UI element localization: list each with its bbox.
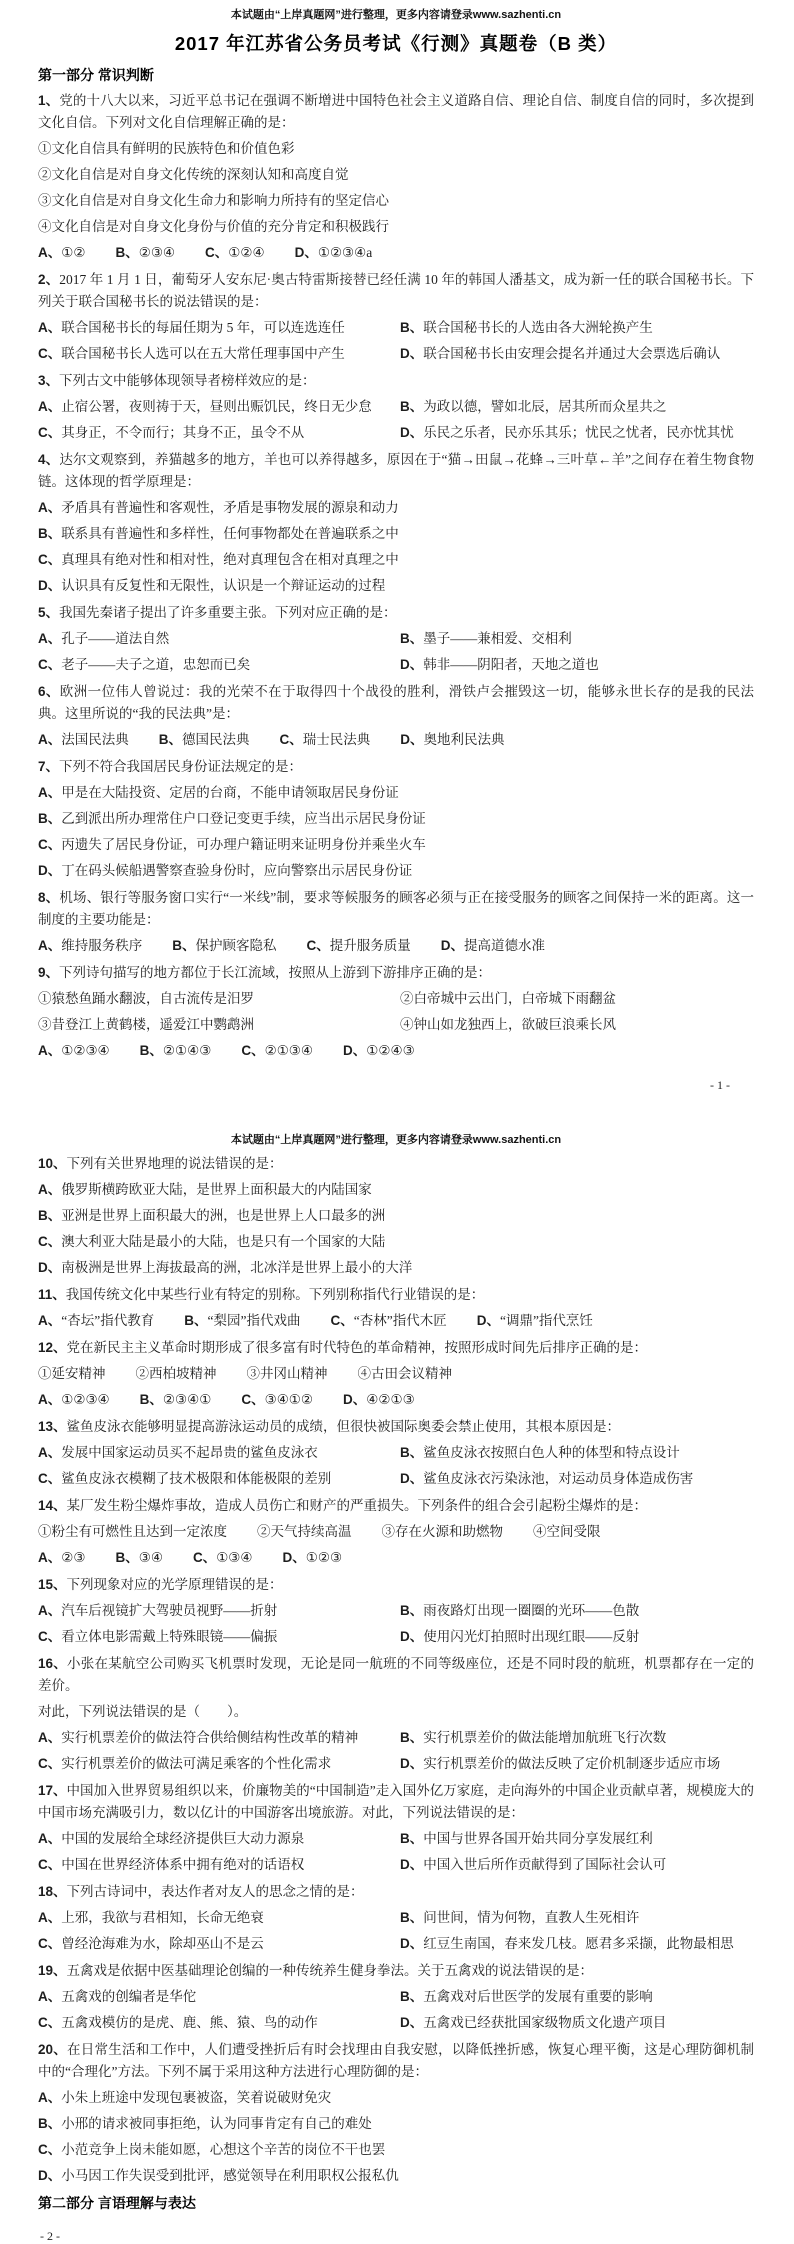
option-cell: C、看立体电影需戴上特殊眼镜——偏振 [38,1626,392,1648]
option-letter: A、 [38,1730,61,1745]
question-number: 9、 [38,965,59,980]
option-cell: C、①②④ [205,242,265,264]
option-row: A、俄罗斯横跨欧亚大陆，是世界上面积最大的内陆国家 [38,1179,754,1201]
option-row: D、小马因工作失误受到批评，感觉领导在利用职权公报私仇 [38,2165,754,2187]
question-number: 17、 [38,1783,67,1798]
option-cell: D、联合国秘书长由安理会提名并通过大会票选后确认 [400,343,754,365]
question-number: 20、 [38,2042,67,2057]
question-stem: 9、下列诗句描写的地方都位于长江流域，按照从上游到下游排序正确的是： [38,962,754,984]
question-stem: 20、在日常生活和工作中，人们遭受挫折后有时会找理由自我安慰，以降低挫折感，恢复… [38,2039,754,2083]
question: 8、机场、银行等服务窗口实行“一米线”制，要求等候服务的顾客必须与正在接受服务的… [38,887,754,957]
option-letter: A、 [38,1603,61,1618]
option-cell: D、奥地利民法典 [400,729,504,751]
question: 17、中国加入世界贸易组织以来，价廉物美的“中国制造”走入国外亿万家庭，走向海外… [38,1780,754,1876]
option-cell: C、真理具有绝对性和相对性，绝对真理包含在相对真理之中 [38,549,754,571]
option-letter: B、 [400,1603,423,1618]
option-cell: D、实行机票差价的做法反映了定价机制逐步适应市场 [400,1753,754,1775]
option-cell: D、乐民之乐者，民亦乐其乐；忧民之忧者，民亦忧其忧 [400,422,754,444]
option-letter: A、 [38,785,61,800]
item-cell: ④钟山如龙独西上，欲破巨浪乘长风 [400,1014,754,1036]
option-cell: A、法国民法典 [38,729,129,751]
option-row: A、上邪，我欲与君相知，长命无绝衰B、问世间，情为何物，直教人生死相许 [38,1907,754,1929]
option-letter: A、 [38,631,61,646]
questions-page-2: 10、下列有关世界地理的说法错误的是：A、俄罗斯横跨欧亚大陆，是世界上面积最大的… [38,1153,754,2187]
option-row: A、止宿公署，夜则祷于天，昼则出赈饥民，终日无少怠B、为政以德，譬如北辰，居其所… [38,396,754,418]
question-number: 1、 [38,93,59,108]
option-letter: B、 [38,526,61,541]
option-cell: B、问世间，情为何物，直教人生死相许 [400,1907,754,1929]
option-letter: A、 [38,320,61,335]
question-stem-text: 下列古文中能够体现领导者榜样效应的是： [59,373,316,388]
option-cell: D、小马因工作失误受到批评，感觉领导在利用职权公报私仇 [38,2165,754,2187]
item-cell: ①延安精神 [38,1363,106,1385]
question: 16、小张在某航空公司购买飞机票时发现，无论是同一航班的不同等级座位，还是不同时… [38,1653,754,1775]
item-cell: ①粉尘有可燃性且达到一定浓度 [38,1521,227,1543]
option-letter: A、 [38,399,61,414]
option-letter: B、 [400,631,423,646]
exam-title: 2017 年江苏省公务员考试《行测》真题卷（B 类） [38,30,754,56]
item-cell: ③存在火源和助燃物 [382,1521,504,1543]
question: 12、党在新民主主义革命时期形成了很多富有时代特色的革命精神，按照形成时间先后排… [38,1337,754,1411]
option-letter: A、 [38,1989,61,2004]
option-letter: C、 [38,1234,61,1249]
question: 14、某厂发生粉尘爆炸事故，造成人员伤亡和财产的严重损失。下列条件的组合会引起粉… [38,1495,754,1569]
option-letter: B、 [400,1910,423,1925]
option-cell: D、提高道德水准 [441,935,545,957]
option-letter: C、 [38,2142,61,2157]
question-number: 4、 [38,452,59,467]
option-cell: A、实行机票差价的做法符合供给侧结构性改革的精神 [38,1727,392,1749]
question-stem: 13、鲨鱼皮泳衣能够明显提高游泳运动员的成绩，但很快被国际奥委会禁止使用，其根本… [38,1416,754,1438]
option-row: B、乙到派出所办理常住户口登记变更手续，应当出示居民身份证 [38,808,754,830]
option-letter: C、 [193,1550,216,1565]
question-stem: 16、小张在某航空公司购买飞机票时发现，无论是同一航班的不同等级座位，还是不同时… [38,1653,754,1697]
option-row: A、汽车后视镜扩大驾驶员视野——折射B、雨夜路灯出现一圈圈的光环——色散 [38,1600,754,1622]
option-letter: D、 [400,1471,423,1486]
item-cell: ②白帝城中云出门，白帝城下雨翻盆 [400,988,754,1010]
question-stem-text: 小张在某航空公司购买飞机票时发现，无论是同一航班的不同等级座位，还是不同时段的航… [38,1656,754,1693]
item-cell: ②天气持续高温 [257,1521,352,1543]
option-letter: A、 [38,732,61,747]
option-cell: D、①②④③ [343,1040,415,1062]
option-letter: D、 [400,1857,423,1872]
option-cell: B、联系具有普遍性和多样性，任何事物都处在普遍联系之中 [38,523,754,545]
option-cell: B、“梨园”指代戏曲 [184,1310,300,1332]
option-row: C、真理具有绝对性和相对性，绝对真理包含在相对真理之中 [38,549,754,571]
item-cell: ③井冈山精神 [247,1363,328,1385]
items-row: ①延安精神②西柏坡精神③井冈山精神④古田会议精神 [38,1363,754,1385]
option-cell: A、维持服务秩序 [38,935,142,957]
option-cell: C、老子——夫子之道，忠恕而已矣 [38,654,392,676]
items-row: ①粉尘有可燃性且达到一定浓度②天气持续高温③存在火源和助燃物④空间受限 [38,1521,754,1543]
question-number: 8、 [38,890,59,905]
question-stem: 18、下列古诗词中，表达作者对友人的思念之情的是： [38,1881,754,1903]
item-cell: ④空间受限 [533,1521,601,1543]
question-stem: 7、下列不符合我国居民身份证法规定的是： [38,756,754,778]
option-letter: B、 [172,938,195,953]
option-letter: C、 [330,1313,353,1328]
option-letter: D、 [400,1756,423,1771]
option-letter: B、 [400,1989,423,2004]
option-cell: A、发展中国家运动员买不起昂贵的鲨鱼皮泳衣 [38,1442,392,1464]
option-letter: D、 [400,1936,423,1951]
option-letter: C、 [38,1471,61,1486]
option-cell: C、鲨鱼皮泳衣模糊了技术极限和体能极限的差别 [38,1468,392,1490]
question-number: 11、 [38,1287,66,1302]
option-letter: B、 [184,1313,207,1328]
option-letter: C、 [38,346,61,361]
option-letter: D、 [295,245,318,260]
option-letter: B、 [400,320,423,335]
option-cell: B、实行机票差价的做法能增加航班飞行次数 [400,1727,754,1749]
option-cell: A、五禽戏的创编者是华佗 [38,1986,392,2008]
source-notice: 本试题由“上岸真题网”进行整理，更多内容请登录www.sazhenti.cn [38,8,754,23]
option-letter: A、 [38,1043,61,1058]
option-cell: C、丙遗失了居民身份证，可办理户籍证明来证明身份并乘坐火车 [38,834,754,856]
question-stem-text: 我国传统文化中某些行业有特定的别称。下列别称指代行业错误的是： [66,1287,485,1302]
option-letter: C、 [38,657,61,672]
option-row: C、中国在世界经济体系中拥有绝对的话语权D、中国入世后所作贡献得到了国际社会认可 [38,1854,754,1876]
option-letter: C、 [38,552,61,567]
option-cell: D、“调鼎”指代烹饪 [477,1310,593,1332]
question-stem-text: 某厂发生粉尘爆炸事故，造成人员伤亡和财产的严重损失。下列条件的组合会引起粉尘爆炸… [67,1498,648,1513]
option-row: D、南极洲是世界上海拔最高的洲，北冰洋是世界上最小的大洋 [38,1257,754,1279]
question-stem: 5、我国先秦诸子提出了许多重要主张。下列对应正确的是： [38,602,754,624]
question: 15、下列现象对应的光学原理错误的是：A、汽车后视镜扩大驾驶员视野——折射B、雨… [38,1574,754,1648]
option-cell: C、曾经沧海难为水，除却巫山不是云 [38,1933,392,1955]
option-row: A、联合国秘书长的每届任期为 5 年，可以连选连任B、联合国秘书长的人选由各大洲… [38,317,754,339]
question-stem-text: 下列不符合我国居民身份证法规定的是： [59,759,302,774]
option-cell: B、乙到派出所办理常住户口登记变更手续，应当出示居民身份证 [38,808,754,830]
question-number: 10、 [38,1156,67,1171]
exam-document: 本试题由“上岸真题网”进行整理，更多内容请登录www.sazhenti.cn 2… [0,0,794,2244]
option-row: A、中国的发展给全球经济提供巨大动力源泉B、中国与世界各国开始共同分享发展红利 [38,1828,754,1850]
option-row: D、认识具有反复性和无限性，认识是一个辩证运动的过程 [38,575,754,597]
option-letter: D、 [441,938,464,953]
option-cell: A、中国的发展给全球经济提供巨大动力源泉 [38,1828,392,1850]
items-row: ④文化自信是对自身文化身份与价值的充分肯定和积极践行 [38,216,754,238]
option-letter: C、 [241,1043,264,1058]
question-number: 6、 [38,684,60,699]
items-row: ③昔登江上黄鹤楼，遥爱江中鹦鹉洲④钟山如龙独西上，欲破巨浪乘长风 [38,1014,754,1036]
item-cell: ③昔登江上黄鹤楼，遥爱江中鹦鹉洲 [38,1014,392,1036]
option-row: A、矛盾具有普遍性和客观性，矛盾是事物发展的源泉和动力 [38,497,754,519]
option-row: A、小朱上班途中发现包裹被盗，笑着说破财免灾 [38,2087,754,2109]
option-row: C、鲨鱼皮泳衣模糊了技术极限和体能极限的差别D、鲨鱼皮泳衣污染泳池，对运动员身体… [38,1468,754,1490]
option-cell: D、红豆生南国，春来发几枝。愿君多采撷，此物最相思 [400,1933,754,1955]
question-number: 2、 [38,272,59,287]
question-stem-text: 中国加入世界贸易组织以来，价廉物美的“中国制造”走入国外亿万家庭，走向海外的中国… [38,1783,754,1820]
question: 11、我国传统文化中某些行业有特定的别称。下列别称指代行业错误的是：A、“杏坛”… [38,1284,754,1332]
question-stem: 2、2017 年 1 月 1 日，葡萄牙人安东尼·奥古特雷斯接替已经任满 10 … [38,269,754,313]
option-cell: B、小邢的请求被同事拒绝，认为同事肯定有自己的难处 [38,2113,754,2135]
option-letter: B、 [38,1208,61,1223]
option-letter: B、 [115,245,138,260]
question: 10、下列有关世界地理的说法错误的是：A、俄罗斯横跨欧亚大陆，是世界上面积最大的… [38,1153,754,1279]
question-number: 18、 [38,1884,67,1899]
option-letter: B、 [159,732,182,747]
option-cell: A、①②③④ [38,1040,110,1062]
option-row: A、发展中国家运动员买不起昂贵的鲨鱼皮泳衣B、鲨鱼皮泳衣按照白色人种的体型和特点… [38,1442,754,1464]
option-cell: 对此，下列说法错误的是（ ）。 [38,1701,754,1723]
option-letter: B、 [400,399,423,414]
option-cell: A、矛盾具有普遍性和客观性，矛盾是事物发展的源泉和动力 [38,497,754,519]
option-row: C、曾经沧海难为水，除却巫山不是云D、红豆生南国，春来发几枝。愿君多采撷，此物最… [38,1933,754,1955]
option-cell: A、①② [38,242,85,264]
question-stem-text: 2017 年 1 月 1 日，葡萄牙人安东尼·奥古特雷斯接替已经任满 10 年的… [38,272,754,309]
option-letter: D、 [38,2168,61,2183]
option-cell: A、上邪，我欲与君相知，长命无绝衰 [38,1907,392,1929]
option-letter: D、 [400,732,423,747]
item-cell: ②文化自信是对自身文化传统的深刻认知和高度自觉 [38,164,754,186]
option-letter: A、 [38,245,61,260]
option-letter: A、 [38,1831,61,1846]
option-row: A、“杏坛”指代教育B、“梨园”指代戏曲C、“杏林”指代木匠D、“调鼎”指代烹饪 [38,1310,754,1332]
question-stem-text: 下列古诗词中，表达作者对友人的思念之情的是： [67,1884,364,1899]
option-letter: C、 [205,245,228,260]
question-stem: 17、中国加入世界贸易组织以来，价廉物美的“中国制造”走入国外亿万家庭，走向海外… [38,1780,754,1824]
question-stem-text: 下列诗句描写的地方都位于长江流域，按照从上游到下游排序正确的是： [59,965,491,980]
option-row: A、法国民法典B、德国民法典C、瑞士民法典D、奥地利民法典 [38,729,754,751]
question: 4、达尔文观察到，养猫越多的地方，羊也可以养得越多，原因在于“猫→田鼠→花蜂→三… [38,449,754,597]
item-cell: ④古田会议精神 [358,1363,453,1385]
option-cell: B、②③④ [115,242,175,264]
option-cell: C、“杏林”指代木匠 [330,1310,446,1332]
option-letter: A、 [38,500,61,515]
option-letter: B、 [400,1831,423,1846]
option-row: C、小范竞争上岗未能如愿，心想这个辛苦的岗位不干也罢 [38,2139,754,2161]
option-cell: A、止宿公署，夜则祷于天，昼则出赈饥民，终日无少怠 [38,396,392,418]
option-letter: A、 [38,1182,61,1197]
option-letter: D、 [343,1392,366,1407]
option-cell: D、南极洲是世界上海拔最高的洲，北冰洋是世界上最小的大洋 [38,1257,754,1279]
option-letter: D、 [343,1043,366,1058]
option-row: D、丁在码头候船遇警察查验身份时，应向警察出示居民身份证 [38,860,754,882]
option-row: C、老子——夫子之道，忠恕而已矣D、韩非——阴阳者，天地之道也 [38,654,754,676]
option-cell: B、雨夜路灯出现一圈圈的光环——色散 [400,1600,754,1622]
option-letter: C、 [38,1756,61,1771]
option-cell: A、①②③④ [38,1389,110,1411]
option-letter: A、 [38,1445,61,1460]
question: 9、下列诗句描写的地方都位于长江流域，按照从上游到下游排序正确的是：①猿愁鱼踊水… [38,962,754,1062]
option-row: A、五禽戏的创编者是华佗B、五禽戏对后世医学的发展有重要的影响 [38,1986,754,2008]
question: 1、党的十八大以来，习近平总书记在强调不断增进中国特色社会主义道路自信、理论自信… [38,90,754,264]
option-cell: B、五禽戏对后世医学的发展有重要的影响 [400,1986,754,2008]
option-row: C、澳大利亚大陆是最小的大陆，也是只有一个国家的大陆 [38,1231,754,1253]
question-stem: 10、下列有关世界地理的说法错误的是： [38,1153,754,1175]
option-cell: B、联合国秘书长的人选由各大洲轮换产生 [400,317,754,339]
page-1-number: - 1 - [38,1078,754,1093]
option-letter: C、 [38,1629,61,1644]
option-cell: D、鲨鱼皮泳衣污染泳池，对运动员身体造成伤害 [400,1468,754,1490]
question-stem: 4、达尔文观察到，养猫越多的地方，羊也可以养得越多，原因在于“猫→田鼠→花蜂→三… [38,449,754,493]
option-row: A、甲是在大陆投资、定居的台商，不能申请领取居民身份证 [38,782,754,804]
question: 3、下列古文中能够体现领导者榜样效应的是：A、止宿公署，夜则祷于天，昼则出赈饥民… [38,370,754,444]
questions-page-1: 1、党的十八大以来，习近平总书记在强调不断增进中国特色社会主义道路自信、理论自信… [38,90,754,1062]
option-row: B、联系具有普遍性和多样性，任何事物都处在普遍联系之中 [38,523,754,545]
option-letter: D、 [400,425,423,440]
question-stem: 19、五禽戏是依据中医基础理论创编的一种传统养生健身拳法。关于五禽戏的说法错误的… [38,1960,754,1982]
option-cell: A、“杏坛”指代教育 [38,1310,154,1332]
option-row: C、看立体电影需戴上特殊眼镜——偏振D、使用闪光灯拍照时出现红眼——反射 [38,1626,754,1648]
option-letter: C、 [280,732,303,747]
option-cell: A、联合国秘书长的每届任期为 5 年，可以连选连任 [38,317,392,339]
question-number: 15、 [38,1577,67,1592]
option-cell: C、澳大利亚大陆是最小的大陆，也是只有一个国家的大陆 [38,1231,754,1253]
question-stem-text: 欧洲一位伟人曾说过：我的光荣不在于取得四十个战役的胜利，滑铁卢会摧毁这一切，能够… [38,684,754,721]
page-2-number: - 2 - [38,2229,754,2244]
question-stem: 15、下列现象对应的光学原理错误的是： [38,1574,754,1596]
option-cell: C、实行机票差价的做法可满足乘客的个性化需求 [38,1753,392,1775]
option-cell: A、汽车后视镜扩大驾驶员视野——折射 [38,1600,392,1622]
option-cell: B、中国与世界各国开始共同分享发展红利 [400,1828,754,1850]
option-row: A、实行机票差价的做法符合供给侧结构性改革的精神B、实行机票差价的做法能增加航班… [38,1727,754,1749]
option-cell: A、孔子——道法自然 [38,628,392,650]
option-letter: C、 [38,2015,61,2030]
option-cell: B、②③④① [140,1389,212,1411]
option-cell: A、俄罗斯横跨欧亚大陆，是世界上面积最大的内陆国家 [38,1179,754,1201]
option-cell: C、小范竞争上岗未能如愿，心想这个辛苦的岗位不干也罢 [38,2139,754,2161]
option-letter: A、 [38,938,61,953]
question-stem: 11、我国传统文化中某些行业有特定的别称。下列别称指代行业错误的是： [38,1284,754,1306]
question-stem: 8、机场、银行等服务窗口实行“一米线”制，要求等候服务的顾客必须与正在接受服务的… [38,887,754,931]
option-cell: B、墨子——兼相爱、交相利 [400,628,754,650]
option-letter: D、 [400,2015,423,2030]
option-cell: D、中国入世后所作贡献得到了国际社会认可 [400,1854,754,1876]
item-cell: ②西柏坡精神 [136,1363,217,1385]
question: 5、我国先秦诸子提出了许多重要主张。下列对应正确的是：A、孔子——道法自然B、墨… [38,602,754,676]
question-number: 19、 [38,1963,67,1978]
option-cell: B、保护顾客隐私 [172,935,276,957]
option-cell: A、甲是在大陆投资、定居的台商，不能申请领取居民身份证 [38,782,754,804]
option-cell: B、②①④③ [140,1040,212,1062]
option-cell: D、五禽戏已经获批国家级物质文化遗产项目 [400,2012,754,2034]
option-row: C、丙遗失了居民身份证，可办理户籍证明来证明身份并乘坐火车 [38,834,754,856]
question-stem: 6、欧洲一位伟人曾说过：我的光荣不在于取得四十个战役的胜利，滑铁卢会摧毁这一切，… [38,681,754,725]
option-cell: D、①②③④a [295,242,373,264]
question-stem-text: 机场、银行等服务窗口实行“一米线”制，要求等候服务的顾客必须与正在接受服务的顾客… [38,890,754,927]
question: 7、下列不符合我国居民身份证法规定的是：A、甲是在大陆投资、定居的台商，不能申请… [38,756,754,882]
question-stem: 1、党的十八大以来，习近平总书记在强调不断增进中国特色社会主义道路自信、理论自信… [38,90,754,134]
option-letter: D、 [38,863,61,878]
question-number: 12、 [38,1340,67,1355]
option-letter: C、 [38,1857,61,1872]
option-cell: C、中国在世界经济体系中拥有绝对的话语权 [38,1854,392,1876]
option-letter: D、 [283,1550,306,1565]
option-cell: D、韩非——阴阳者，天地之道也 [400,654,754,676]
option-letter: D、 [38,578,61,593]
question-number: 5、 [38,605,59,620]
question: 20、在日常生活和工作中，人们遭受挫折后有时会找理由自我安慰，以降低挫折感，恢复… [38,2039,754,2187]
option-row: 对此，下列说法错误的是（ ）。 [38,1701,754,1723]
question-number: 16、 [38,1656,67,1671]
source-notice-2: 本试题由“上岸真题网”进行整理，更多内容请登录www.sazhenti.cn [38,1133,754,1148]
option-row: A、孔子——道法自然B、墨子——兼相爱、交相利 [38,628,754,650]
option-cell: D、丁在码头候船遇警察查验身份时，应向警察出示居民身份证 [38,860,754,882]
option-cell: D、使用闪光灯拍照时出现红眼——反射 [400,1626,754,1648]
option-cell: C、瑞士民法典 [280,729,371,751]
question-stem-text: 达尔文观察到，养猫越多的地方，羊也可以养得越多，原因在于“猫→田鼠→花蜂→三叶草… [38,452,754,489]
option-letter: B、 [400,1445,423,1460]
option-letter: B、 [115,1550,138,1565]
option-cell: B、鲨鱼皮泳衣按照白色人种的体型和特点设计 [400,1442,754,1464]
option-letter: A、 [38,1392,61,1407]
option-letter: D、 [38,1260,61,1275]
option-cell: C、③④①② [241,1389,313,1411]
option-letter: B、 [38,811,61,826]
option-letter: D、 [400,657,423,672]
question-stem-text: 党在新民主主义革命时期形成了很多富有时代特色的革命精神，按照形成时间先后排序正确… [67,1340,648,1355]
option-cell: A、小朱上班途中发现包裹被盗，笑着说破财免灾 [38,2087,754,2109]
option-cell: D、①②③ [283,1547,343,1569]
question-stem-text: 下列有关世界地理的说法错误的是： [67,1156,283,1171]
question-number: 7、 [38,759,59,774]
option-row: C、实行机票差价的做法可满足乘客的个性化需求D、实行机票差价的做法反映了定价机制… [38,1753,754,1775]
question: 18、下列古诗词中，表达作者对友人的思念之情的是：A、上邪，我欲与君相知，长命无… [38,1881,754,1955]
option-row: A、②③B、③④C、①③④D、①②③ [38,1547,754,1569]
question-stem-text: 我国先秦诸子提出了许多重要主张。下列对应正确的是： [59,605,397,620]
question: 13、鲨鱼皮泳衣能够明显提高游泳运动员的成绩，但很快被国际奥委会禁止使用，其根本… [38,1416,754,1490]
option-letter: B、 [140,1392,163,1407]
option-cell: B、③④ [115,1547,162,1569]
option-letter: A、 [38,1550,61,1565]
question: 2、2017 年 1 月 1 日，葡萄牙人安东尼·奥古特雷斯接替已经任满 10 … [38,269,754,365]
page-2: 本试题由“上岸真题网”进行整理，更多内容请登录www.sazhenti.cn 1… [0,1099,794,2244]
items-row: ①猿愁鱼踊水翻波，自古流传是汨罗②白帝城中云出门，白帝城下雨翻盆 [38,988,754,1010]
option-row: B、小邢的请求被同事拒绝，认为同事肯定有自己的难处 [38,2113,754,2135]
question-stem-text: 党的十八大以来，习近平总书记在强调不断增进中国特色社会主义道路自信、理论自信、制… [38,93,754,130]
option-cell: C、五禽戏模仿的是虎、鹿、熊、猿、鸟的动作 [38,2012,392,2034]
question-stem-text: 在日常生活和工作中，人们遭受挫折后有时会找理由自我安慰，以降低挫折感，恢复心理平… [38,2042,754,2079]
items-row: ①文化自信具有鲜明的民族特色和价值色彩 [38,138,754,160]
option-cell: C、联合国秘书长人选可以在五大常任理事国中产生 [38,343,392,365]
option-letter: C、 [38,425,61,440]
option-letter: B、 [38,2116,61,2131]
option-letter: C、 [241,1392,264,1407]
option-row: A、①②③④B、②③④①C、③④①②D、④②①③ [38,1389,754,1411]
option-letter: C、 [38,1936,61,1951]
question-stem-text: 下列现象对应的光学原理错误的是： [67,1577,283,1592]
option-letter: D、 [400,346,423,361]
option-cell: C、其身正，不令而行；其身不正，虽令不从 [38,422,392,444]
page-1: 本试题由“上岸真题网”进行整理，更多内容请登录www.sazhenti.cn 2… [0,0,794,1093]
option-row: C、联合国秘书长人选可以在五大常任理事国中产生D、联合国秘书长由安理会提名并通过… [38,343,754,365]
question: 19、五禽戏是依据中医基础理论创编的一种传统养生健身拳法。关于五禽戏的说法错误的… [38,1960,754,2034]
question-number: 3、 [38,373,59,388]
option-letter: B、 [400,1730,423,1745]
items-row: ③文化自信是对自身文化生命力和影响力所持有的坚定信心 [38,190,754,212]
option-row: A、①②B、②③④C、①②④D、①②③④a [38,242,754,264]
option-letter: B、 [140,1043,163,1058]
option-letter: C、 [38,837,61,852]
option-cell: B、为政以德，譬如北辰，居其所而众星共之 [400,396,754,418]
question-stem: 14、某厂发生粉尘爆炸事故，造成人员伤亡和财产的严重损失。下列条件的组合会引起粉… [38,1495,754,1517]
item-cell: ①猿愁鱼踊水翻波，自古流传是汨罗 [38,988,392,1010]
option-letter: D、 [400,1629,423,1644]
option-cell: C、①③④ [193,1547,253,1569]
option-cell: B、德国民法典 [159,729,250,751]
question-stem: 12、党在新民主主义革命时期形成了很多富有时代特色的革命精神，按照形成时间先后排… [38,1337,754,1359]
option-cell: C、提升服务质量 [307,935,411,957]
option-letter: A、 [38,2090,61,2105]
option-cell: A、②③ [38,1547,85,1569]
option-letter: A、 [38,1313,61,1328]
option-cell: C、②①③④ [241,1040,313,1062]
option-letter: D、 [477,1313,500,1328]
question: 6、欧洲一位伟人曾说过：我的光荣不在于取得四十个战役的胜利，滑铁卢会摧毁这一切，… [38,681,754,751]
option-row: A、①②③④B、②①④③C、②①③④D、①②④③ [38,1040,754,1062]
section-1-heading: 第一部分 常识判断 [38,65,754,85]
